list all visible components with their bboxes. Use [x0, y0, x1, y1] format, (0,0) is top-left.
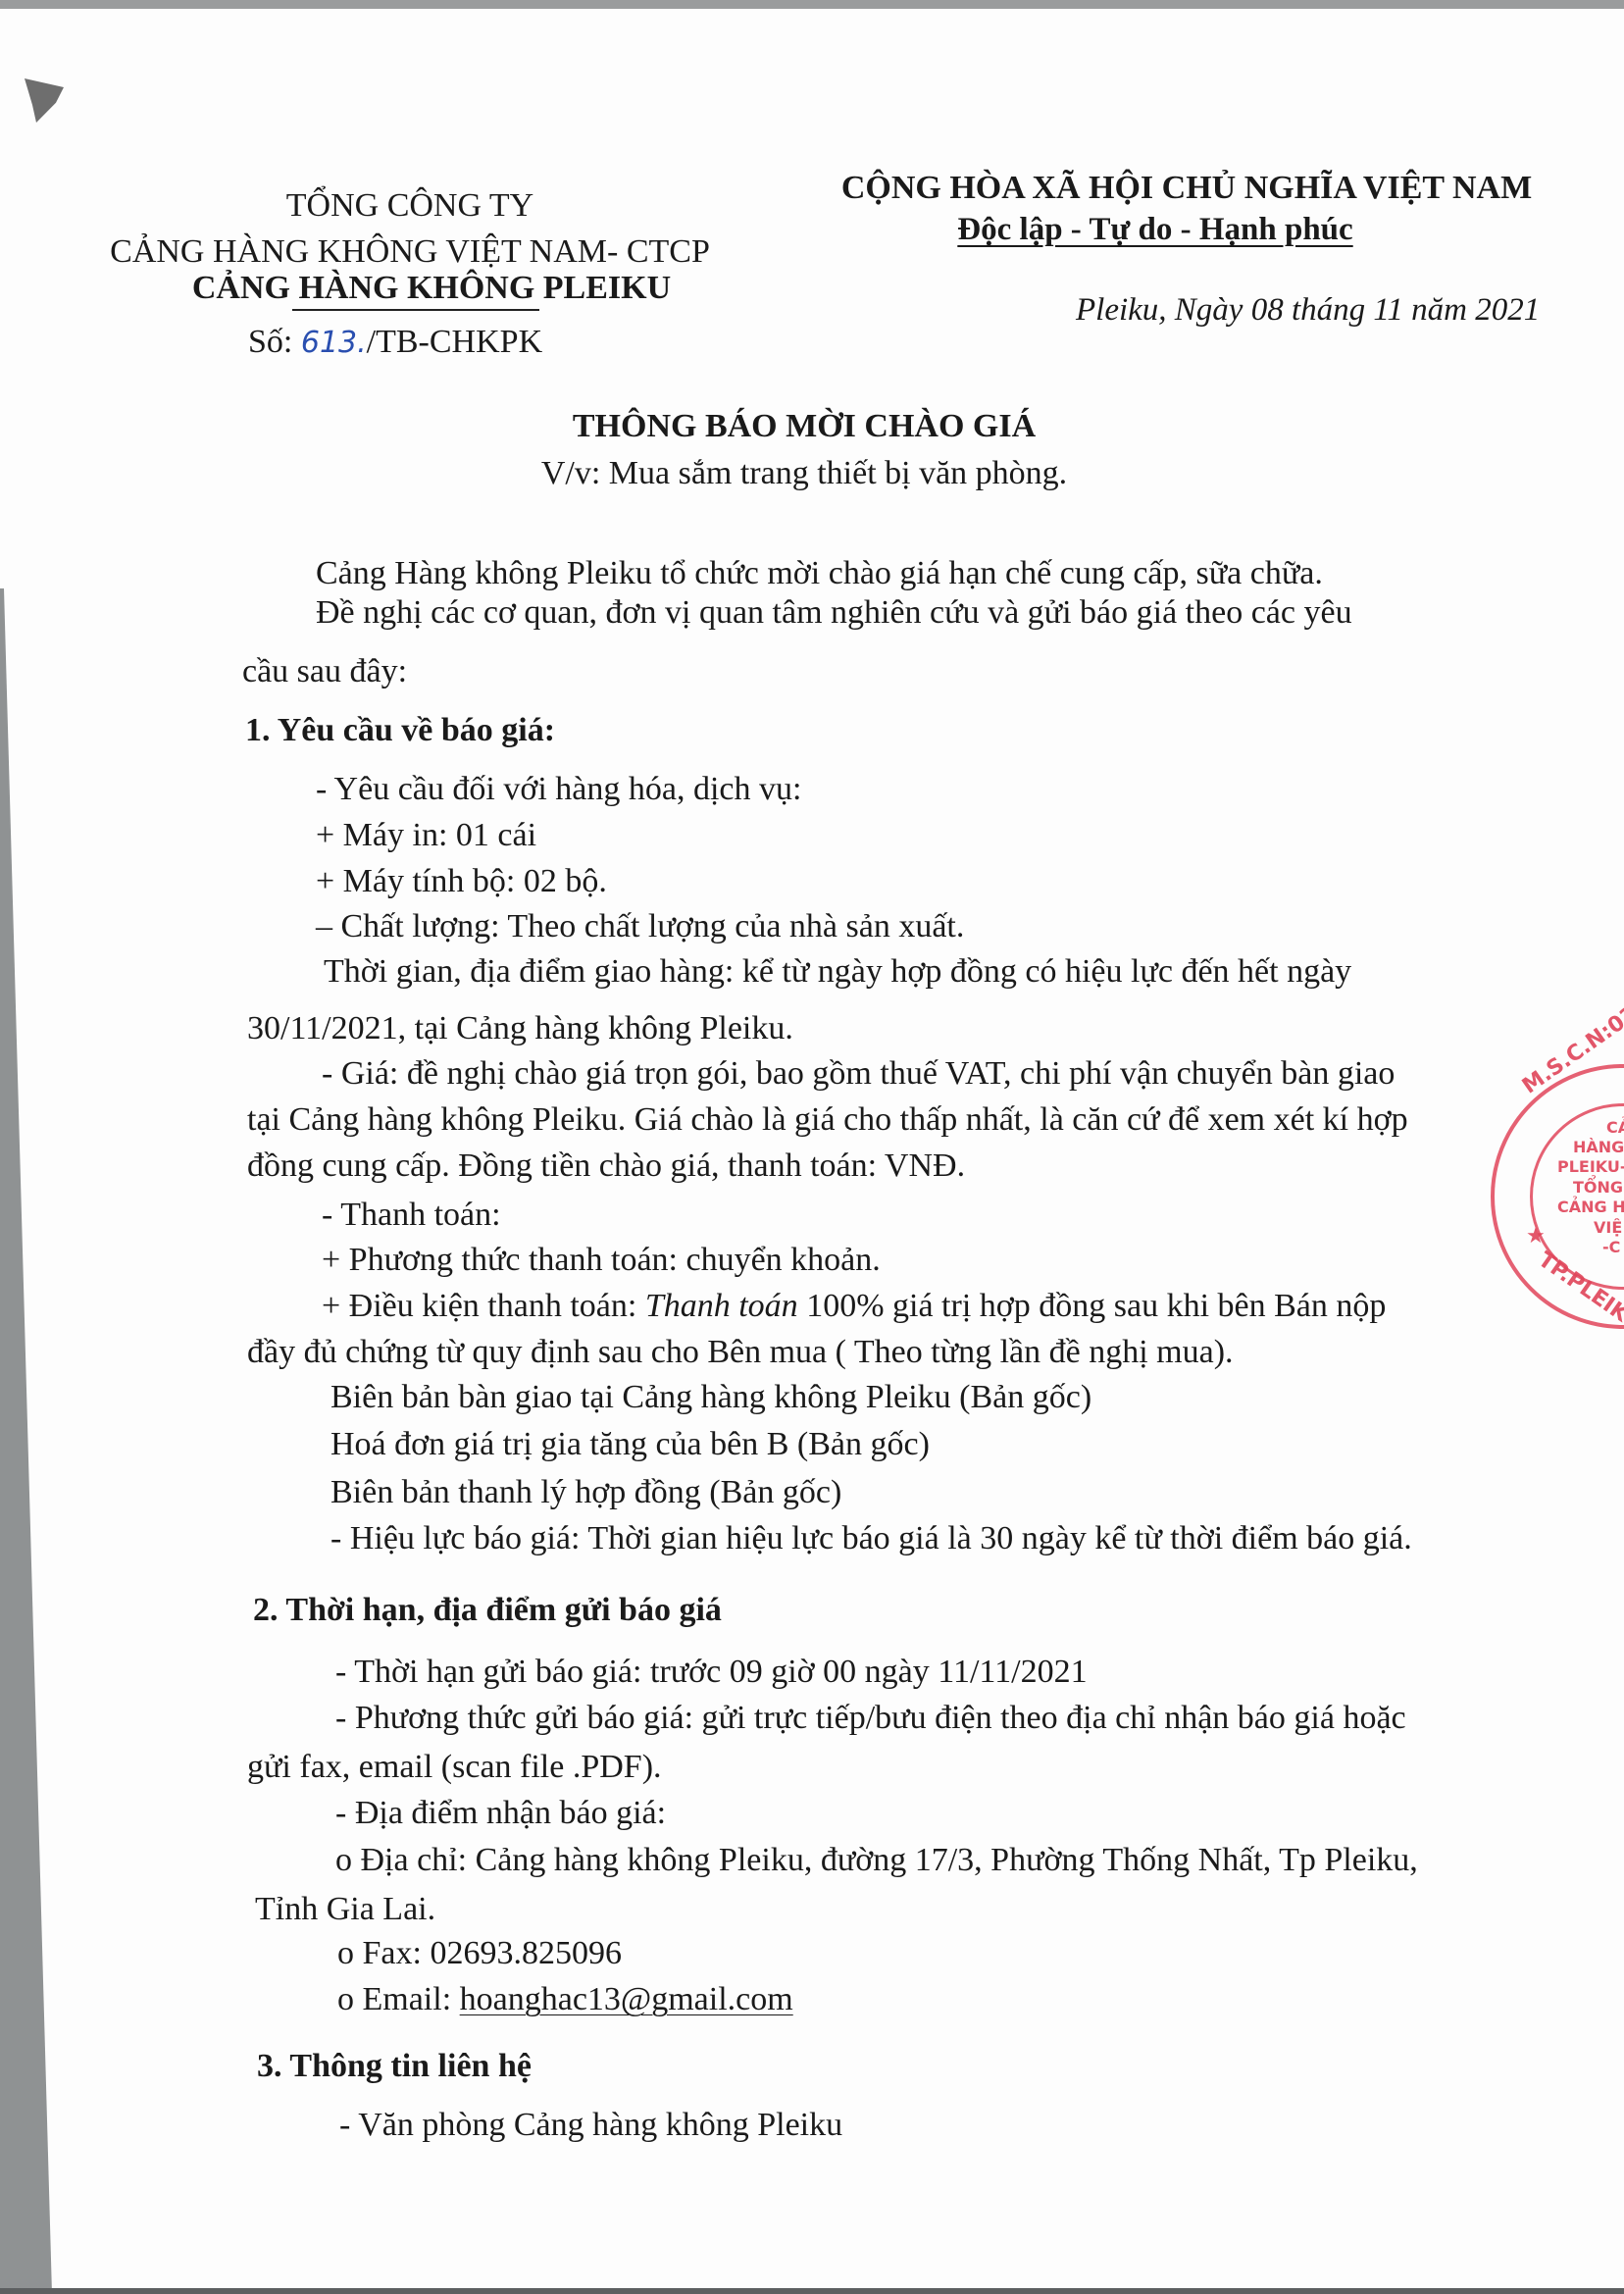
- national-motto: Độc lập - Tự do - Hạnh phúc: [957, 214, 1352, 246]
- stamp-inner-line: CẢ: [1606, 1118, 1624, 1137]
- stamp-inner-line: PLEIKU-(: [1557, 1157, 1624, 1176]
- place-date: Pleiku, Ngày 08 tháng 11 năm 2021: [1076, 294, 1540, 327]
- s1-line: tại Cảng hàng không Pleiku. Giá chào là …: [247, 1103, 1408, 1137]
- s2-line: - Phương thức gửi báo giá: gửi trực tiếp…: [335, 1702, 1406, 1735]
- intro-line-2: Đề nghị các cơ quan, đơn vị quan tâm ngh…: [316, 596, 1352, 630]
- scan-top-edge: [0, 0, 1624, 9]
- s3-line: - Văn phòng Cảng hàng không Pleiku: [339, 2109, 842, 2142]
- s2-line: gửi fax, email (scan file .PDF).: [247, 1751, 662, 1784]
- s1-document-item: Biên bản bàn giao tại Cảng hàng không Pl…: [330, 1381, 1091, 1414]
- stamp-star-icon: ★: [1526, 1224, 1546, 1249]
- s1-line: - Hiệu lực báo giá: Thời gian hiệu lực b…: [330, 1522, 1412, 1555]
- s2-address-cont: Tỉnh Gia Lai.: [255, 1893, 435, 1926]
- s1-line: Thời gian, địa điểm giao hàng: kể từ ngà…: [324, 955, 1351, 989]
- org-line-1: TỔNG CÔNG TY: [286, 189, 533, 223]
- stamp-inner-line: -C: [1602, 1238, 1620, 1256]
- scan-left-shadow: [0, 0, 55, 2294]
- handwritten-number: 613.: [301, 326, 367, 360]
- stamp-text-bottom: TP.PLEIKU: [1534, 1248, 1624, 1337]
- org-underline: [292, 309, 539, 311]
- punch-hole-mark: [25, 78, 64, 123]
- s1-line: - Yêu cầu đối với hàng hóa, dịch vụ:: [316, 773, 801, 806]
- section-1-heading: 1. Yêu cầu về báo giá:: [245, 714, 555, 747]
- section-3-heading: 3. Thông tin liên hệ: [257, 2050, 532, 2083]
- s1-line: + Máy in: 01 cái: [316, 819, 536, 852]
- s1-line: - Giá: đề nghị chào giá trọn gói, bao gồ…: [322, 1057, 1395, 1091]
- s1-line: đồng cung cấp. Đồng tiền chào giá, thanh…: [247, 1149, 965, 1183]
- org-line-2: CẢNG HÀNG KHÔNG VIỆT NAM- CTCP: [110, 235, 710, 269]
- payment-condition: + Điều kiện thanh toán: Thanh toán 100% …: [322, 1290, 1386, 1323]
- stamp-inner-line: TỔNG: [1573, 1178, 1623, 1197]
- s1-line: – Chất lượng: Theo chất lượng của nhà sả…: [316, 910, 964, 943]
- s1-line: 30/11/2021, tại Cảng hàng không Pleiku.: [247, 1012, 793, 1045]
- s1-document-item: Biên bản thanh lý hợp đồng (Bản gốc): [330, 1476, 841, 1509]
- s1-line: đầy đủ chứng từ quy định sau cho Bên mua…: [247, 1336, 1234, 1369]
- intro-line-1: Cảng Hàng không Pleiku tổ chức mời chào …: [316, 557, 1323, 590]
- email-link[interactable]: hoanghac13@gmail.com: [460, 1981, 793, 2017]
- intro-line-3: cầu sau đây:: [242, 655, 407, 688]
- doc-number: Số: 613./TB-CHKPK: [248, 326, 542, 359]
- section-2-heading: 2. Thời hạn, địa điểm gửi báo giá: [253, 1594, 722, 1627]
- org-name: CẢNG HÀNG KHÔNG PLEIKU: [192, 270, 671, 306]
- company-stamp: [1491, 1064, 1624, 1329]
- s1-line: + Máy tính bộ: 02 bộ.: [316, 865, 607, 898]
- s2-line: - Địa điểm nhận báo giá:: [335, 1797, 666, 1830]
- s2-line: - Thời hạn gửi báo giá: trước 09 giờ 00 …: [335, 1656, 1088, 1689]
- s1-document-item: Hoá đơn giá trị gia tăng của bên B (Bản …: [330, 1428, 930, 1461]
- document-subject: V/v: Mua sắm trang thiết bị văn phòng.: [541, 457, 1067, 490]
- stamp-inner-line: HÀNG: [1573, 1138, 1624, 1156]
- stamp-text-top: M.S.C.N:031163: [1518, 967, 1624, 1098]
- scan-bottom-edge: [0, 2288, 1624, 2294]
- stamp-inner-ring: [1530, 1103, 1624, 1290]
- s1-line: + Phương thức thanh toán: chuyển khoản.: [322, 1244, 881, 1277]
- s2-address: o Địa chỉ: Cảng hàng không Pleiku, đường…: [335, 1844, 1418, 1877]
- stamp-inner-line: VIỆ: [1594, 1218, 1622, 1237]
- nation-title: CỘNG HÒA XÃ HỘI CHỦ NGHĨA VIỆT NAM: [841, 172, 1532, 205]
- document-title: THÔNG BÁO MỜI CHÀO GIÁ: [573, 410, 1036, 443]
- stamp-inner-line: CẢNG HÀ: [1557, 1198, 1624, 1216]
- s2-email: o Email: hoanghac13@gmail.com: [337, 1983, 793, 2016]
- s2-fax: o Fax: 02693.825096: [337, 1937, 622, 1970]
- s1-line: - Thanh toán:: [322, 1198, 501, 1232]
- org-line-3: CẢNG HÀNG KHÔNG PLEIKU: [192, 272, 671, 305]
